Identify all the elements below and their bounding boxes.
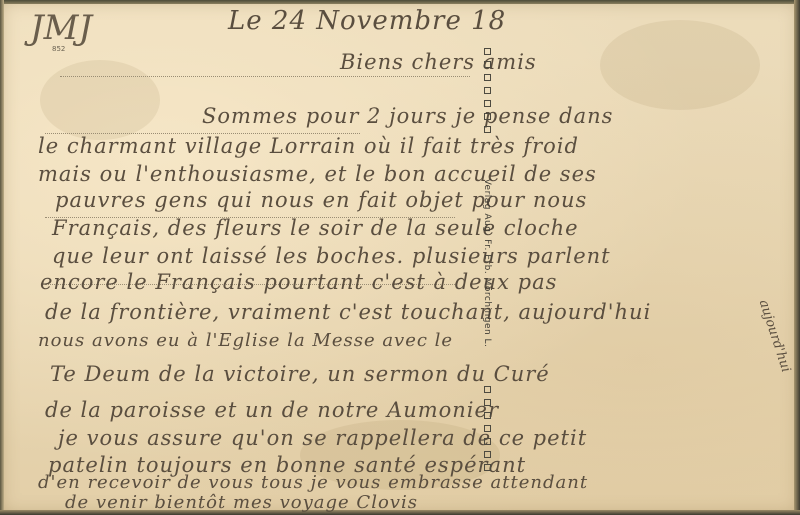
letter-line: de venir bientôt mes voyage Clovis	[65, 492, 418, 513]
letter-line: d'en recevoir de vous tous je vous embra…	[38, 472, 588, 493]
publisher-imprint-text: Verlag Aug. Fr. Erb. Mörchingen L.	[482, 168, 492, 358]
paper-stain	[40, 60, 160, 140]
letter-line: je vous assure qu'on se rappellera de ce…	[58, 426, 587, 450]
publisher-imprint: Verlag Aug. Fr. Erb. Mörchingen L.	[480, 48, 494, 468]
letter-line: de la frontière, vraiment c'est touchant…	[45, 300, 651, 324]
letter-line: Te Deum de la victoire, un sermon du Cur…	[50, 362, 550, 386]
letter-line: de la paroisse et un de notre Aumonier	[45, 398, 499, 422]
letter-line: mais ou l'enthousiasme, et le bon accuei…	[38, 162, 597, 186]
card-top-edge	[0, 0, 800, 4]
letter-line: pauvres gens qui nous en fait objet pour…	[55, 188, 587, 212]
imprint-squares-top	[480, 48, 494, 133]
stamp-number: 852	[52, 45, 65, 53]
letter-date: Le 24 Novembre 18	[228, 6, 506, 36]
letter-line: nous avons eu à l'Eglise la Messe avec l…	[38, 330, 453, 351]
monogram: JMJ	[30, 8, 92, 48]
letter-line: que leur ont laissé les boches. plusieur…	[52, 244, 611, 268]
card-left-edge	[0, 0, 4, 515]
imprint-squares-bottom	[480, 386, 494, 471]
letter-line: Français, des fleurs le soir de la seule…	[52, 216, 579, 240]
paper-stain	[600, 20, 760, 110]
card-right-edge	[794, 0, 800, 515]
letter-greeting: Biens chers amis	[340, 50, 537, 74]
postcard-back: JMJ 852 Le 24 Novembre 18 Biens chers am…	[0, 0, 800, 515]
letter-line: Sommes pour 2 jours je pense dans	[202, 104, 613, 128]
margin-note: aujourd'hui	[756, 298, 794, 374]
dotted-guide-line	[60, 76, 470, 77]
letter-line: le charmant village Lorrain où il fait t…	[38, 134, 579, 158]
